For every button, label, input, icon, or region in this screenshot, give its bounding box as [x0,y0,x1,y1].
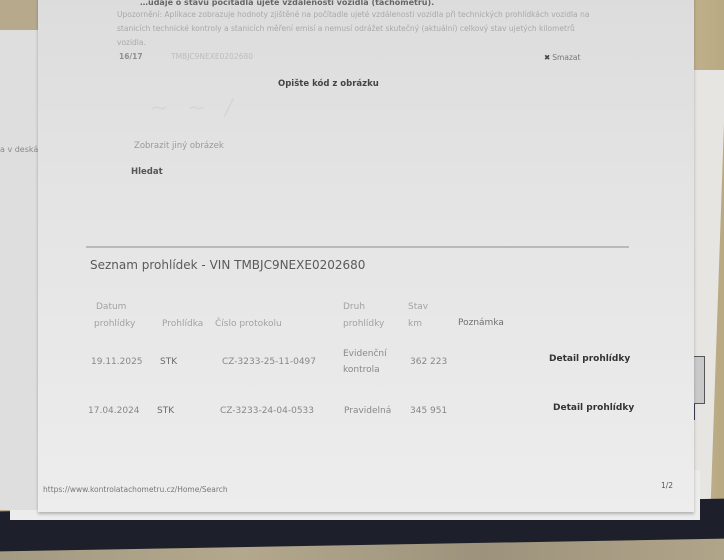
cell-type-line2: kontrola [343,361,380,379]
col-type-line1: Druh [343,298,365,316]
page-number: 1/2 [661,481,673,490]
cell-date: 17.04.2024 [88,402,140,420]
inspections-title: Seznam prohlídek - VIN TMBJC9NEXE0202680 [90,258,365,272]
cell-km: 345 951 [410,402,447,420]
cell-protocol: CZ-3233-24-04-0533 [220,402,314,420]
other-image-link[interactable]: Zobrazit jiný obrázek [134,141,224,151]
col-type-line2: prohlídky [343,315,384,333]
col-note: Poznámka [458,314,504,332]
section-divider [86,246,629,248]
notice-title: …údaje o stavu počítadla ujeté vzdálenos… [140,0,434,7]
col-date-line2: prohlídky [94,315,135,333]
cell-inspection: STK [160,353,177,371]
captcha-label: Opište kód z obrázku [278,79,379,89]
printed-page [38,0,694,512]
cell-km: 362 223 [410,353,447,371]
search-history-row: 16/17 TMBJC9NEXE0202680 ✖Smazat [119,52,589,66]
footer-url: https://www.kontrolatachometru.cz/Home/S… [43,485,228,494]
col-km-line2: km [408,315,422,333]
col-date-line1: Datum [96,298,126,316]
col-inspection: Prohlídka [162,315,203,333]
cell-protocol: CZ-3233-25-11-0497 [222,353,316,371]
record-vin[interactable]: TMBJC9NEXE0202680 [171,52,253,61]
notice-text: Upozornění: Aplikace zobrazuje hodnoty z… [117,8,597,50]
detail-link[interactable]: Detail prohlídky [553,403,634,413]
col-km-line1: Stav [408,298,428,316]
record-counter: 16/17 [119,52,143,61]
cell-type-line1: Pravidelná [344,402,391,420]
search-button[interactable]: Hledat [131,167,163,177]
cell-inspection: STK [157,402,174,420]
delete-button[interactable]: ✖Smazat [544,53,580,62]
captcha-image: ~ ~ / [150,96,280,130]
delete-label: Smazat [552,53,580,62]
cell-date: 19.11.2025 [91,353,143,371]
detail-link[interactable]: Detail prohlídky [549,354,630,364]
col-protocol: Číslo protokolu [215,315,282,333]
x-icon: ✖ [544,53,550,62]
